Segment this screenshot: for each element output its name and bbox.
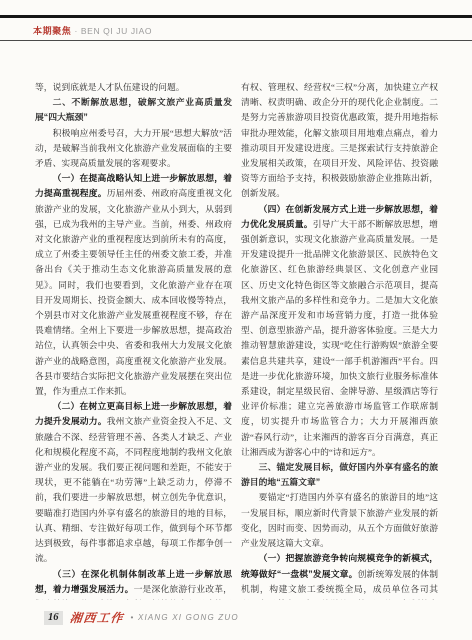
right-column: 有权、管理权、经营权“三权”分离，加快建立产权清晰、权责明确、政企分开的现代化企… bbox=[241, 80, 438, 600]
paragraph: 积极响应州委号召，大力开展“思想大解放”活动，是破解当前我州文化旅游产业发展面临… bbox=[35, 126, 232, 172]
paragraph-continuation: 有权、管理权、经营权“三权”分离，加快建立产权清晰、权责明确、政企分开的现代化企… bbox=[241, 80, 438, 202]
section-title: 本期聚焦 bbox=[33, 26, 71, 36]
page-header: 本期聚焦 · BEN QI JU JIAO bbox=[33, 24, 442, 37]
header-rule bbox=[0, 40, 472, 41]
paragraph: 要锚定“打造国内外享有盛名的旅游目的地”这一发展目标，顺应新时代背景下旅游产业发… bbox=[241, 490, 438, 551]
section-heading: 三、锚定发展目标，做好国内外享有盛名的旅游目的地“五篇文章” bbox=[241, 460, 438, 490]
magazine-page: 本期聚焦 · BEN QI JU JIAO 等，说到底就是人才队伍建设的问题。 … bbox=[0, 0, 472, 640]
journal-name-pinyin: • XIANG XI GONG ZUO bbox=[131, 613, 239, 622]
paragraph: （三）在深化机制体制改革上进一步解放思想，着力增强发展活力。一是深化旅游行业改革… bbox=[35, 567, 232, 601]
section-title-pinyin: · BEN QI JU JIAO bbox=[75, 26, 153, 36]
section-heading: 二、不断解放思想，破解文旅产业高质量发展“四大瓶颈” bbox=[35, 95, 232, 125]
page-number: 16 bbox=[44, 611, 63, 625]
paragraph-text: 引导广大干部不断解放思想，增强创新意识，实现文化旅游产业高质量发展。一是开发建设… bbox=[241, 219, 438, 457]
left-column: 等，说到底就是人才队伍建设的问题。 二、不断解放思想，破解文旅产业高质量发展“四… bbox=[35, 80, 232, 600]
paragraph-continuation: 等，说到底就是人才队伍建设的问题。 bbox=[35, 80, 232, 95]
article-body: 等，说到底就是人才队伍建设的问题。 二、不断解放思想，破解文旅产业高质量发展“四… bbox=[35, 80, 438, 600]
paragraph-text: 历届州委、州政府高度重视文化旅游产业的发展，文化旅游产业从小到大，从弱到强，已成… bbox=[35, 188, 232, 396]
paragraph: （二）在树立更高目标上进一步解放思想，着力提升发展动力。我州文旅产业资金投入不足… bbox=[35, 399, 232, 566]
top-rule bbox=[0, 15, 472, 18]
paragraph: （一）在提高战略认知上进一步解放思想，着力提高重视程度。历届州委、州政府高度重视… bbox=[35, 171, 232, 399]
paragraph: （四）在创新发展方式上进一步解放思想，着力优化发展质量。引导广大干部不断解放思想… bbox=[241, 202, 438, 460]
paragraph-text: 我州文旅产业资金投入不足、文旅融合不深、经营管理不善、各类人才缺乏、产业化和规模… bbox=[35, 416, 232, 563]
paragraph: （一）把握旅游竞争转向规模竞争的新模式，统筹做好“一盘棋”发展文章。创新统筹发展… bbox=[241, 551, 438, 600]
page-footer: 16 湘西工作 • XIANG XI GONG ZUO bbox=[44, 609, 239, 626]
journal-logo: 湘西工作 bbox=[69, 609, 125, 626]
